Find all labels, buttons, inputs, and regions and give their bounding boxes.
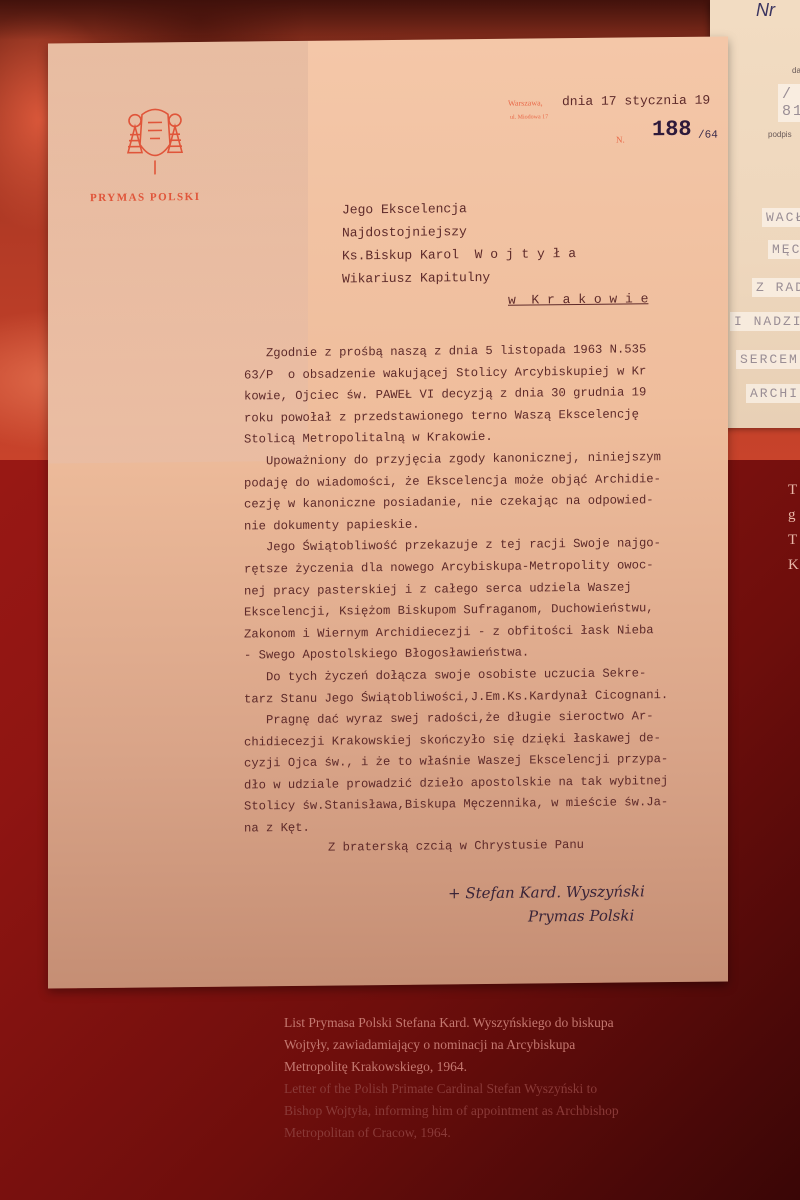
caption-english-line: Letter of the Polish Primate Cardinal St… xyxy=(284,1078,704,1100)
caption-english-line: Bishop Wojtyła, informing him of appoint… xyxy=(284,1100,704,1122)
card-date-value: / 81 xyxy=(778,84,800,122)
tape-strip: I NADZI xyxy=(730,312,800,331)
side-text-fragment: T xyxy=(788,478,799,503)
coat-of-arms-icon xyxy=(120,104,190,183)
letter-body: Zgodnie z prośbą naszą z dnia 5 listopad… xyxy=(244,338,724,840)
caption-polish-line: List Prymasa Polski Stefana Kard. Wyszyń… xyxy=(284,1012,704,1034)
address-line: Ks.Biskup Karol W o j t y ł a xyxy=(342,241,648,267)
side-text-fragment: T xyxy=(788,528,799,553)
card-number-mark: Nr xyxy=(756,0,775,21)
letterhead-title: PRYMAS POLSKI xyxy=(90,191,200,204)
side-text-fragment: g xyxy=(788,503,799,528)
caption-polish-line: Wojtyły, zawiadamiający o nominacji na A… xyxy=(284,1034,704,1056)
letter-document: PRYMAS POLSKI Warszawa, dnia 17 stycznia… xyxy=(48,36,728,988)
card-date-label: data xyxy=(792,66,800,75)
tape-strip: ARCHID xyxy=(746,384,800,403)
address-line: Najdostojniejszy xyxy=(342,218,648,244)
reference-number: 188 xyxy=(652,117,692,142)
tape-strip: MĘCZ xyxy=(768,240,800,259)
tape-strip: SERCEM xyxy=(736,350,800,369)
address-line: Wikariusz Kapitulny xyxy=(342,264,648,290)
signature-line: Prymas Polski xyxy=(528,903,645,928)
recipient-address: Jego Ekscelencja Najdostojniejszy Ks.Bis… xyxy=(342,195,648,313)
address-city: w K r a k o w i e xyxy=(508,287,648,311)
reference-prefix: N. xyxy=(616,135,625,145)
handwritten-signature: + Stefan Kard. Wyszyński Prymas Polski xyxy=(448,879,645,929)
side-text-fragment: K xyxy=(788,553,799,578)
letterhead-street: ul. Miodowa 17 xyxy=(510,114,548,120)
photo-shadow xyxy=(0,0,800,40)
letter-date: dnia 17 stycznia 19 xyxy=(562,93,710,110)
exhibit-caption: List Prymasa Polski Stefana Kard. Wyszyń… xyxy=(284,1012,704,1144)
caption-english-line: Metropolitan of Cracow, 1964. xyxy=(284,1122,704,1144)
letterhead-place: Warszawa, xyxy=(508,98,543,107)
tape-strip: WACŁ xyxy=(762,208,800,227)
adjacent-panel-text: T g T K xyxy=(788,478,799,578)
caption-polish-line: Metropolitę Krakowskiego, 1964. xyxy=(284,1056,704,1078)
reference-year: /64 xyxy=(698,130,718,142)
card-signature-label: podpis xyxy=(768,130,792,139)
tape-strip: Z RAD xyxy=(752,278,800,297)
address-line: Jego Ekscelencja xyxy=(342,195,648,221)
signature-line: + Stefan Kard. Wyszyński xyxy=(448,879,645,905)
letter-closing: Z braterską czcią w Chrystusie Panu xyxy=(328,838,584,855)
